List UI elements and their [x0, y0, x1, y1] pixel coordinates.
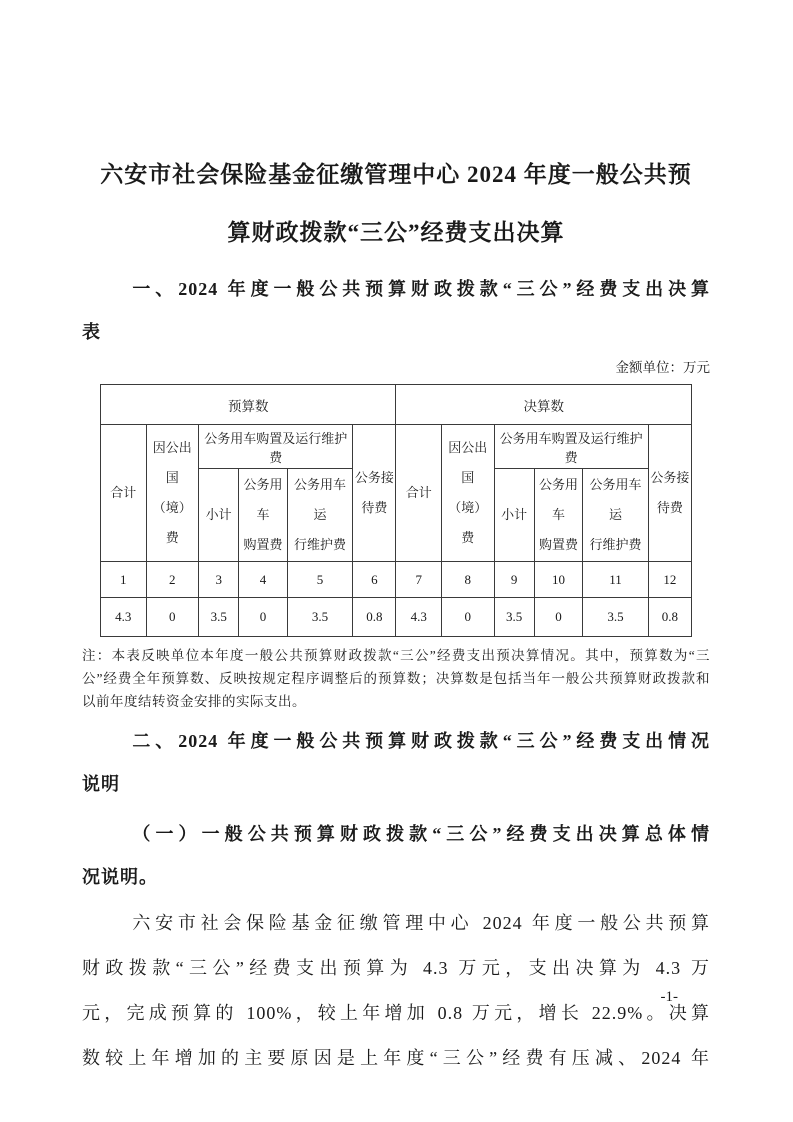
header-final-group: 决算数: [396, 385, 692, 425]
table-row-column-numbers: 1 2 3 4 5 6 7 8 9 10 11 12: [101, 562, 692, 598]
section-1-heading-line-1: 一、2024 年度一般公共预算财政拨款“三公”经费支出决算: [82, 268, 710, 311]
value-cell-final-subtotal: 3.5: [494, 598, 534, 637]
header-budget-purchase: 公务用车 购置费: [239, 469, 287, 562]
header-final-purchase: 公务用车 购置费: [534, 469, 582, 562]
value-cell-final-total: 4.3: [396, 598, 442, 637]
document-page: 六安市社会保险基金征缴管理中心 2024 年度一般公共预 算财政拨款“三公”经费…: [0, 0, 793, 1122]
value-cell-final-maintenance: 3.5: [583, 598, 649, 637]
column-number-cell: 4: [239, 562, 287, 598]
section-1-heading: 一、2024 年度一般公共预算财政拨款“三公”经费支出决算 表: [82, 268, 710, 354]
document-title-line-2: 算财政拨款“三公”经费支出决算: [82, 204, 710, 262]
table-row: 预算数 决算数: [101, 385, 692, 425]
header-budget-subtotal: 小计: [199, 469, 239, 562]
column-number-cell: 10: [534, 562, 582, 598]
table-note-line-1: 注：本表反映单位本年度一般公共预算财政拨款“三公”经费支出预决算情况。其中，预算…: [82, 644, 710, 667]
column-number-cell: 11: [583, 562, 649, 598]
table-note-line-3: 以前年度结转资金安排的实际支出。: [82, 690, 710, 713]
column-number-cell: 2: [146, 562, 199, 598]
section-2-heading-line-2: 说明: [82, 763, 710, 806]
page-number: -1-: [661, 987, 679, 1007]
section-2-heading: 二、2024 年度一般公共预算财政拨款“三公”经费支出情况 说明: [82, 720, 710, 806]
header-final-reception: 公务接 待费: [648, 425, 691, 562]
value-cell-budget-purchase: 0: [239, 598, 287, 637]
document-title-line-1: 六安市社会保险基金征缴管理中心 2024 年度一般公共预: [82, 146, 710, 204]
document-title: 六安市社会保险基金征缴管理中心 2024 年度一般公共预 算财政拨款“三公”经费…: [82, 146, 710, 262]
three-public-expense-table: 预算数 决算数 合计 因公出国 （境）费 公务用车购置及运行维护费 公务接 待费…: [100, 384, 692, 637]
column-number-cell: 9: [494, 562, 534, 598]
header-final-total: 合计: [396, 425, 442, 562]
header-budget-total: 合计: [101, 425, 147, 562]
value-cell-budget-total: 4.3: [101, 598, 147, 637]
header-budget-vehicle-group: 公务用车购置及运行维护费: [199, 425, 353, 469]
table-row: 合计 因公出国 （境）费 公务用车购置及运行维护费 公务接 待费 合计 因公出国…: [101, 425, 692, 469]
table-row-values: 4.3 0 3.5 0 3.5 0.8 4.3 0 3.5 0 3.5 0.8: [101, 598, 692, 637]
body-paragraph-line-3: 元，完成预算的 100%，较上年增加 0.8 万元，增长 22.9%。决算: [82, 991, 710, 1036]
subsection-2-1-heading: （一）一般公共预算财政拨款“三公”经费支出决算总体情 况说明。: [82, 813, 710, 899]
column-number-cell: 7: [396, 562, 442, 598]
document-content: 六安市社会保险基金征缴管理中心 2024 年度一般公共预 算财政拨款“三公”经费…: [82, 0, 710, 1081]
header-final-abroad: 因公出国 （境）费: [441, 425, 494, 562]
header-final-subtotal: 小计: [494, 469, 534, 562]
column-number-cell: 6: [353, 562, 396, 598]
body-paragraph-line-2: 财政拨款“三公”经费支出预算为 4.3 万元，支出决算为 4.3 万: [82, 946, 710, 991]
body-paragraph-line-1: 六安市社会保险基金征缴管理中心 2024 年度一般公共预算: [82, 901, 710, 946]
value-cell-final-purchase: 0: [534, 598, 582, 637]
value-cell-budget-reception: 0.8: [353, 598, 396, 637]
section-2-heading-line-1: 二、2024 年度一般公共预算财政拨款“三公”经费支出情况: [82, 720, 710, 763]
value-cell-budget-maintenance: 3.5: [287, 598, 353, 637]
column-number-cell: 5: [287, 562, 353, 598]
table-note: 注：本表反映单位本年度一般公共预算财政拨款“三公”经费支出预决算情况。其中，预算…: [82, 644, 710, 713]
column-number-cell: 3: [199, 562, 239, 598]
header-budget-reception: 公务接 待费: [353, 425, 396, 562]
header-budget-abroad: 因公出国 （境）费: [146, 425, 199, 562]
column-number-cell: 8: [441, 562, 494, 598]
subsection-2-1-heading-line-2: 况说明。: [82, 856, 710, 899]
amount-unit-note: 金额单位：万元: [82, 358, 710, 378]
body-paragraph-line-4: 数较上年增加的主要原因是上年度“三公”经费有压减、2024 年: [82, 1036, 710, 1081]
body-paragraph: 六安市社会保险基金征缴管理中心 2024 年度一般公共预算 财政拨款“三公”经费…: [82, 901, 710, 1081]
value-cell-final-reception: 0.8: [648, 598, 691, 637]
value-cell-budget-subtotal: 3.5: [199, 598, 239, 637]
section-1-heading-line-2: 表: [82, 311, 710, 354]
header-budget-group: 预算数: [101, 385, 396, 425]
value-cell-budget-abroad: 0: [146, 598, 199, 637]
column-number-cell: 1: [101, 562, 147, 598]
table-note-line-2: 公”经费全年预算数、反映按规定程序调整后的预算数；决算数是包括当年一般公共预算财…: [82, 667, 710, 690]
column-number-cell: 12: [648, 562, 691, 598]
header-budget-maintenance: 公务用车运 行维护费: [287, 469, 353, 562]
value-cell-final-abroad: 0: [441, 598, 494, 637]
header-final-maintenance: 公务用车运 行维护费: [583, 469, 649, 562]
subsection-2-1-heading-line-1: （一）一般公共预算财政拨款“三公”经费支出决算总体情: [82, 813, 710, 856]
header-final-vehicle-group: 公务用车购置及运行维护费: [494, 425, 648, 469]
